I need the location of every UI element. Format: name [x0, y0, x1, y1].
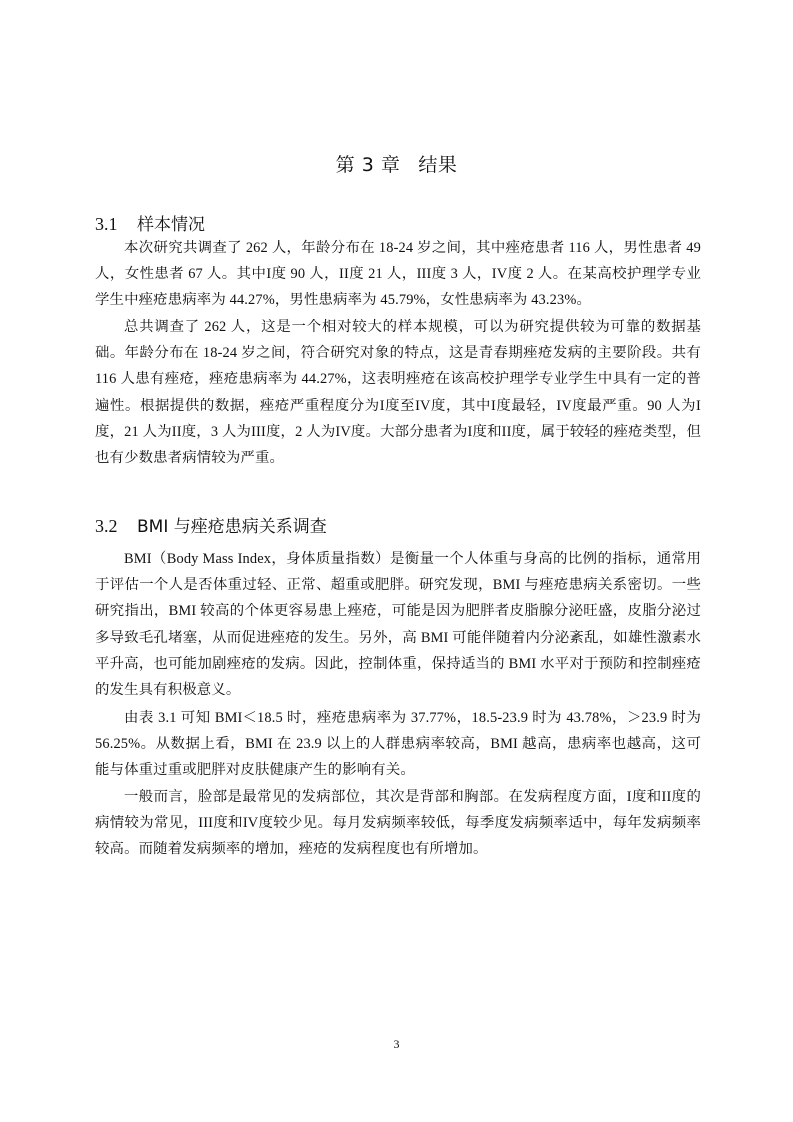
section-number: 3.2: [95, 516, 137, 537]
document-page: 第 3 章结果 3.1样本情况 本次研究共调查了 262 人，年龄分布在 18-…: [0, 0, 793, 1122]
paragraph: 由表 3.1 可知 BMI＜18.5 时，痤疮患病率为 37.77%，18.5-…: [95, 705, 701, 784]
section-number: 3.1: [95, 214, 137, 235]
chapter-number: 第 3 章: [336, 154, 401, 176]
paragraph: 一般而言，脸部是最常见的发病部位，其次是背部和胸部。在发病程度方面，I度和II度…: [95, 784, 701, 863]
chapter-title: 第 3 章结果: [0, 150, 793, 177]
section-heading-3-1: 3.1样本情况: [95, 210, 205, 235]
section-title: BMI 与痤疮患病关系调查: [137, 517, 327, 537]
section-heading-3-2: 3.2BMI 与痤疮患病关系调查: [95, 512, 327, 537]
paragraph: 总共调查了 262 人，这是一个相对较大的样本规模，可以为研究提供较为可靠的数据…: [95, 314, 701, 471]
chapter-name: 结果: [418, 154, 457, 176]
section-title: 样本情况: [137, 215, 205, 235]
page-number: 3: [0, 1037, 793, 1052]
paragraph: 本次研究共调查了 262 人，年龄分布在 18-24 岁之间，其中痤疮患者 11…: [95, 235, 701, 314]
paragraph: BMI（Body Mass Index，身体质量指数）是衡量一个人体重与身高的比…: [95, 546, 701, 703]
